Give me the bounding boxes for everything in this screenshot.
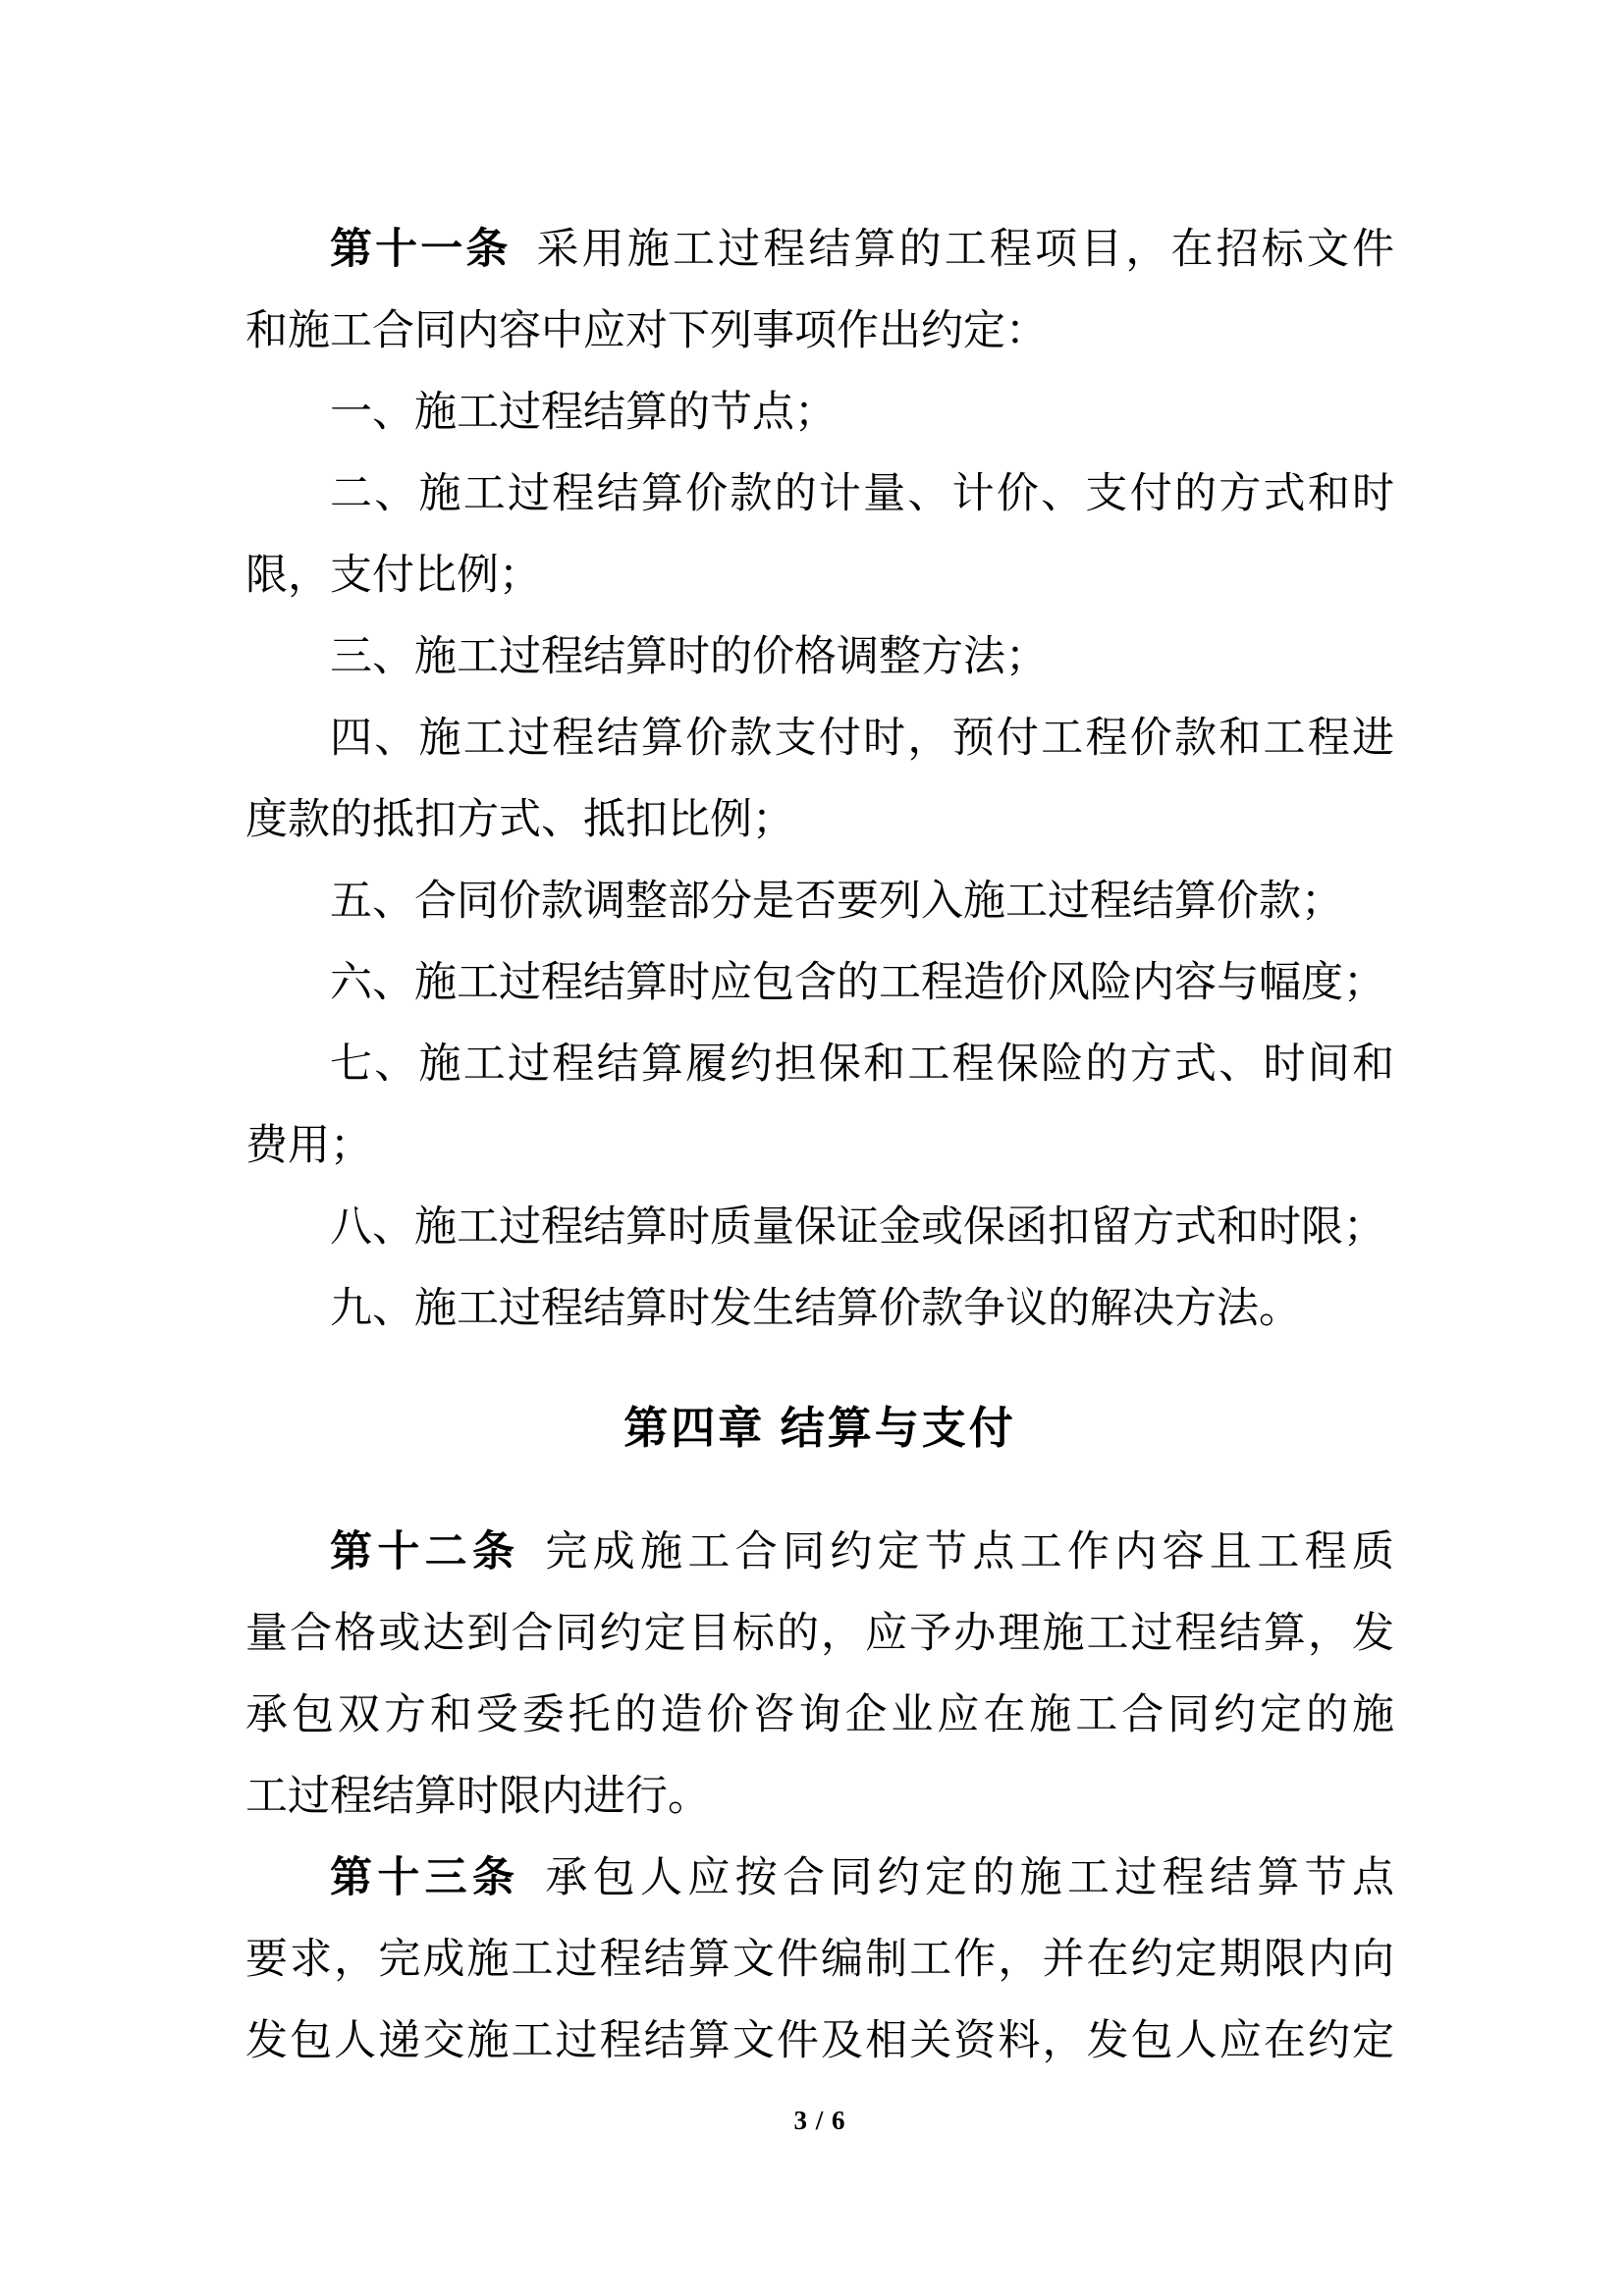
list-item-4-line-2: 度款的抵扣方式、抵扣比例； xyxy=(245,779,1394,861)
article-11-number: 第十一条 xyxy=(330,226,512,273)
list-item-9: 九、施工过程结算时发生结算价款争议的解决方法。 xyxy=(245,1268,1394,1350)
article-13-line-2: 要求，完成施工过程结算文件编制工作，并在约定期限内向 xyxy=(245,1919,1394,2001)
list-item-6-text: 六、施工过程结算时应包含的工程造价风险内容与幅度； xyxy=(245,942,1394,1024)
article-12-line-3: 承包双方和受委托的造价咨询企业应在施工合同约定的施 xyxy=(245,1675,1394,1756)
article-13-line-1: 第十三条承包人应按合同约定的施工过程结算节点 xyxy=(245,1838,1394,1919)
page-number: 3 / 6 xyxy=(245,2099,1394,2143)
list-item-5: 五、合同价款调整部分是否要列入施工过程结算价款； xyxy=(245,861,1394,942)
article-11-text: 采用施工过程结算的工程项目，在招标文件 xyxy=(537,227,1394,273)
article-12-line-4: 工过程结算时限内进行。 xyxy=(245,1756,1394,1838)
document-page-content: 第十一条采用施工过程结算的工程项目，在招标文件 和施工合同内容中应对下列事项作出… xyxy=(245,209,1394,2143)
list-item-7-line-1: 七、施工过程结算履约担保和工程保险的方式、时间和 xyxy=(245,1024,1394,1105)
list-item-2-line-2: 限，支付比例； xyxy=(245,535,1394,616)
article-11-line-2: 和施工合同内容中应对下列事项作出约定： xyxy=(245,291,1394,372)
list-item-1-text: 一、施工过程结算的节点； xyxy=(245,372,1394,454)
list-item-8: 八、施工过程结算时质量保证金或保函扣留方式和时限； xyxy=(245,1187,1394,1268)
article-12-text: 完成施工合同约定节点工作内容且工程质 xyxy=(545,1529,1394,1575)
article-11-line-1: 第十一条采用施工过程结算的工程项目，在招标文件 xyxy=(245,209,1394,291)
article-13-line-3: 发包人递交施工过程结算文件及相关资料，发包人应在约定 xyxy=(245,2001,1394,2082)
list-item-8-text: 八、施工过程结算时质量保证金或保函扣留方式和时限； xyxy=(245,1187,1394,1268)
list-item-3-text: 三、施工过程结算时的价格调整方法； xyxy=(245,616,1394,698)
list-item-3: 三、施工过程结算时的价格调整方法； xyxy=(245,616,1394,698)
article-13-number: 第十三条 xyxy=(330,1854,519,1901)
article-13-text: 承包人应按合同约定的施工过程结算节点 xyxy=(545,1855,1394,1901)
article-12-paragraph: 第十二条完成施工合同约定节点工作内容且工程质 量合格或达到合同约定目标的，应予办… xyxy=(245,1512,1394,1838)
list-item-9-text: 九、施工过程结算时发生结算价款争议的解决方法。 xyxy=(245,1268,1394,1350)
list-item-1: 一、施工过程结算的节点； xyxy=(245,372,1394,454)
list-item-5-text: 五、合同价款调整部分是否要列入施工过程结算价款； xyxy=(245,861,1394,942)
list-item-6: 六、施工过程结算时应包含的工程造价风险内容与幅度； xyxy=(245,942,1394,1024)
article-12-number: 第十二条 xyxy=(330,1528,519,1575)
chapter-heading: 第四章 结算与支付 xyxy=(245,1387,1394,1468)
article-12-line-1: 第十二条完成施工合同约定节点工作内容且工程质 xyxy=(245,1512,1394,1593)
list-item-2-line-1: 二、施工过程结算价款的计量、计价、支付的方式和时 xyxy=(245,454,1394,535)
list-item-2: 二、施工过程结算价款的计量、计价、支付的方式和时 限，支付比例； xyxy=(245,454,1394,616)
article-11-paragraph: 第十一条采用施工过程结算的工程项目，在招标文件 和施工合同内容中应对下列事项作出… xyxy=(245,209,1394,372)
article-12-line-2: 量合格或达到合同约定目标的，应予办理施工过程结算，发 xyxy=(245,1593,1394,1675)
list-item-7: 七、施工过程结算履约担保和工程保险的方式、时间和 费用； xyxy=(245,1024,1394,1187)
list-item-4-line-1: 四、施工过程结算价款支付时，预付工程价款和工程进 xyxy=(245,698,1394,779)
article-13-paragraph: 第十三条承包人应按合同约定的施工过程结算节点 要求，完成施工过程结算文件编制工作… xyxy=(245,1838,1394,2082)
list-item-7-line-2: 费用； xyxy=(245,1105,1394,1187)
list-item-4: 四、施工过程结算价款支付时，预付工程价款和工程进 度款的抵扣方式、抵扣比例； xyxy=(245,698,1394,861)
